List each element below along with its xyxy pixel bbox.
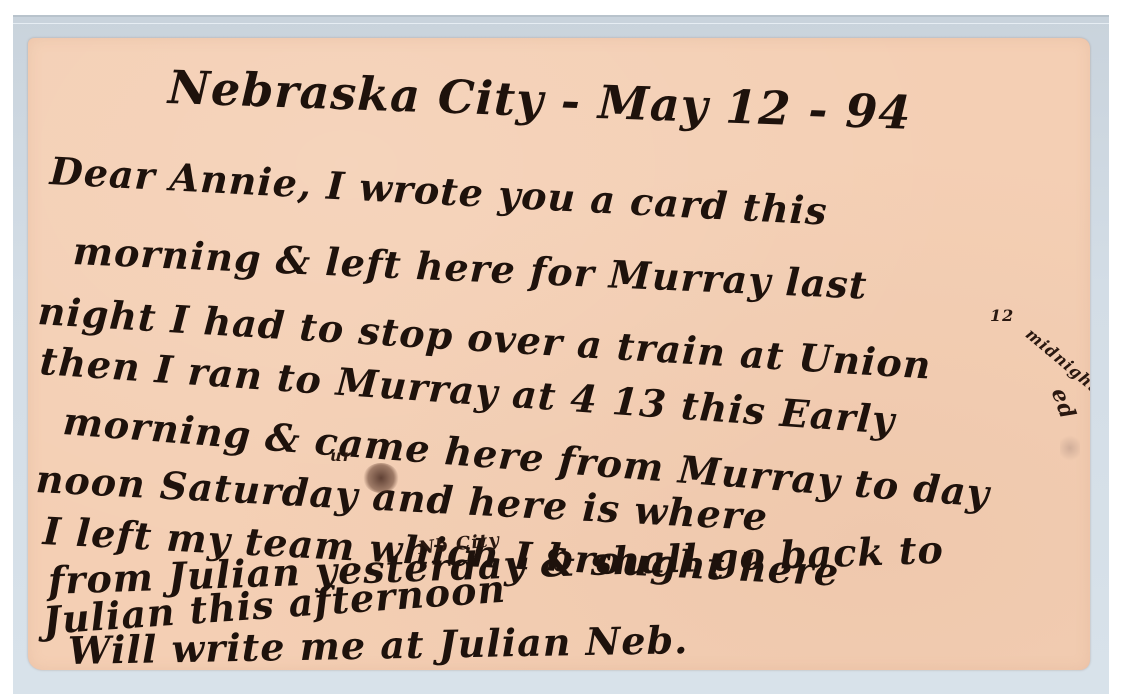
postcard-heading: Nebraska City - May 12 - 94 — [167, 60, 912, 140]
annotation-superscript: ur — [330, 446, 352, 465]
annotation-margin-note: midnight — [1022, 324, 1090, 396]
annotation-margin-note-2: ed — [1046, 385, 1081, 423]
sleeve-edge — [13, 23, 1109, 24]
paper-scuff — [1060, 433, 1080, 463]
annotation-time-note: 12 — [990, 306, 1014, 325]
handwritten-line-1: Dear Annie, I wrote you a card this — [49, 148, 829, 234]
handwritten-line-2: morning & left here for Murray last — [72, 228, 868, 308]
postcard: Nebraska City - May 12 - 94 Dear Annie, … — [28, 38, 1090, 670]
ink-blot — [363, 463, 399, 493]
